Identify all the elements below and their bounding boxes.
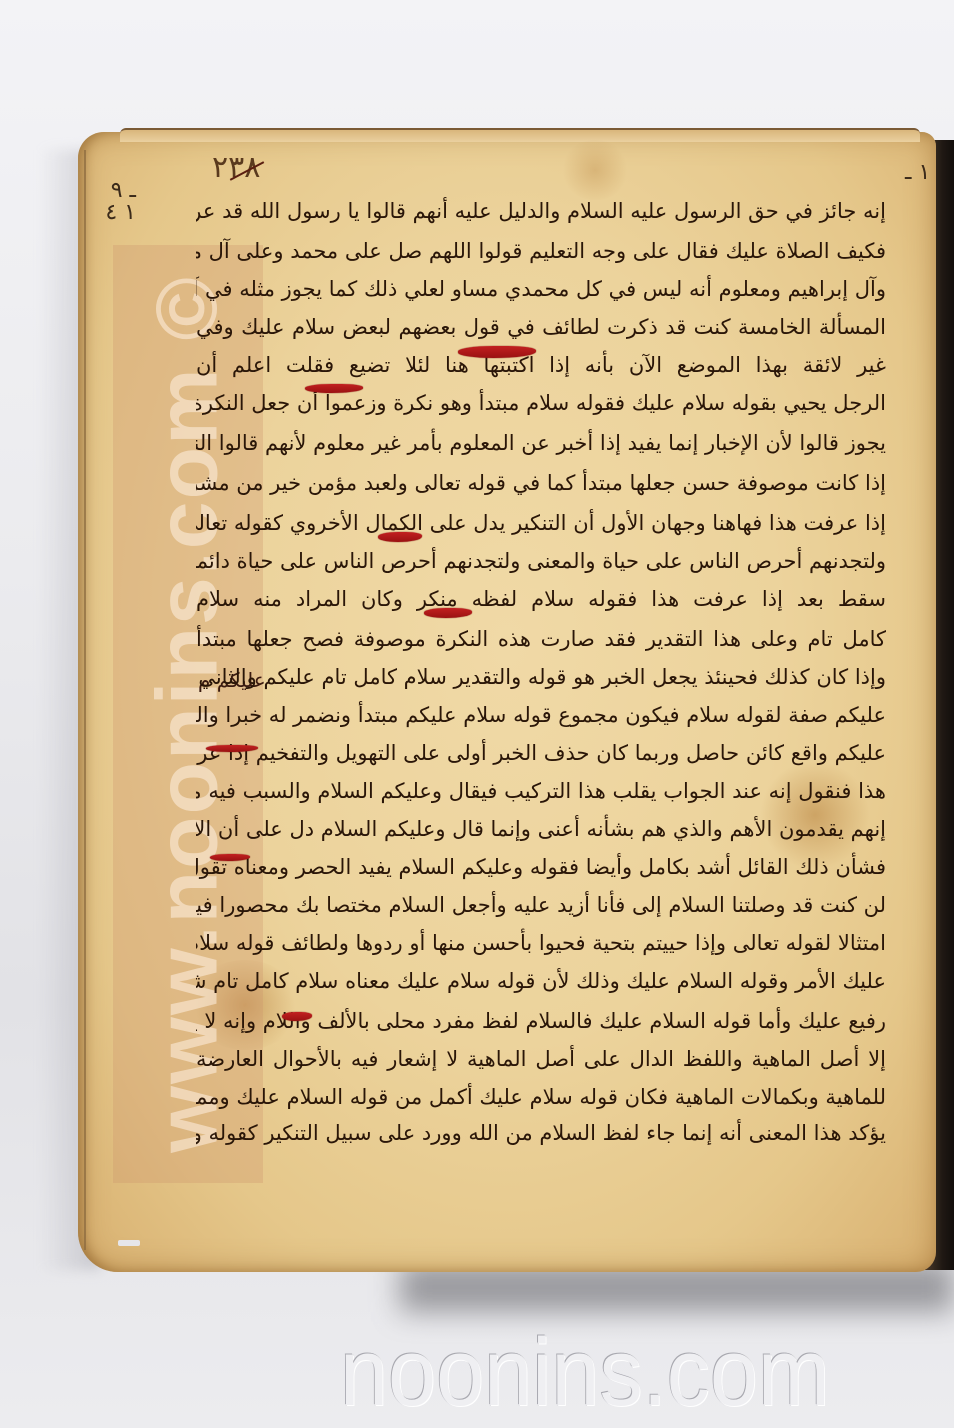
margin-marks-right: ١ ـ (905, 160, 930, 185)
text-line: لن كنت قد وصلتنا السلام إلى فأنا أزيد عل… (196, 886, 886, 924)
text-line: فشأن ذلك القائل أشد بكامل وأيضا فقوله وع… (196, 848, 886, 886)
text-line: امتثالا لقوله تعالى وإذا حييتم بتحية فحي… (196, 924, 886, 962)
text-line: إنهم يقدمون الأهم والذي هم بشأنه أعنى وإ… (196, 810, 886, 848)
text-line: الرجل يحيي بقوله سلام عليك فقوله سلام مب… (196, 384, 886, 422)
text-line: إنه جائز في حق الرسول عليه السلام والدلي… (196, 192, 886, 230)
text-line: إلا أصل الماهية واللفظ الدال على أصل الم… (196, 1040, 886, 1078)
page-edge-top (120, 128, 920, 142)
text-line: وإذا كان كذلك فحينئذ يجعل الخبر هو قوله … (196, 658, 886, 696)
watermark-bottom: noonins.com (340, 1318, 830, 1428)
text-line: غير لائقة بهذا الموضع الآن بأنه إذا اكتب… (196, 346, 886, 384)
margin-marks-left: ـ ٩ ١ ٤ (96, 180, 136, 224)
text-line: يجوز قالوا لأن الإخبار إنما يفيد إذا أخب… (196, 424, 886, 462)
text-line: إذا عرفت هذا فهاهنا وجهان الأول أن التنك… (196, 504, 886, 542)
page-tear (118, 1240, 140, 1246)
text-line: هذا فنقول إنه عند الجواب يقلب هذا التركي… (196, 772, 886, 810)
text-line: عليكم واقع كائن حاصل وربما كان حذف الخبر… (196, 734, 886, 772)
text-line: عليك الأمر وقوله السلام عليك وذلك لأن قو… (196, 962, 886, 1000)
text-line: رفيع عليك وأما قوله السلام عليك فالسلام … (196, 1002, 886, 1040)
text-line: ولتجدنهم أحرص الناس على حياة والمعنى ولت… (196, 542, 886, 580)
text-line: عليكم صفة لقوله سلام فيكون مجموع قوله سل… (196, 696, 886, 734)
text-line: يؤكد هذا المعنى أنه إنما جاء لفظ السلام … (196, 1114, 886, 1152)
text-line: إذا كانت موصوفة حسن جعلها مبتدأ كما في ق… (196, 464, 886, 502)
text-line: سقط بعد إذا عرفت هذا فقوله سلام لفظه منك… (196, 580, 886, 618)
text-line: فكيف الصلاة عليك فقال على وجه التعليم قو… (196, 232, 886, 270)
text-line: المسألة الخامسة كنت قد ذكرت لطائف في قول… (196, 308, 886, 346)
text-line: وآل إبراهيم ومعلوم أنه ليس في كل محمدي م… (196, 270, 886, 308)
text-line: كامل تام وعلى هذا التقدير فقد صارت هذه ا… (196, 620, 886, 658)
water-stain (560, 140, 630, 200)
page-edge-left (84, 150, 94, 1250)
text-line: للماهية وبكمالات الماهية فكان قوله سلام … (196, 1078, 886, 1116)
